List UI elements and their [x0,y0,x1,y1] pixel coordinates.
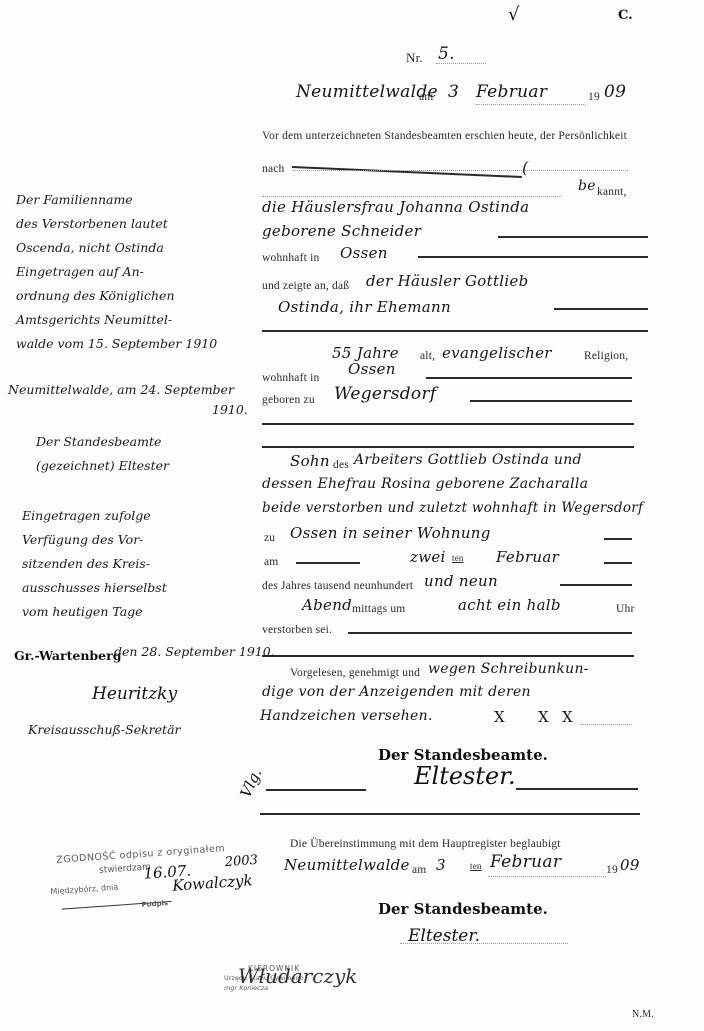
record-number: 5. [438,44,455,64]
death-day: zwei [410,548,446,566]
informant-maiden-name: geborene Schneider [262,222,421,240]
margin-note-1-signer-title: Der Standesbeamte [36,430,161,454]
deceased-wohnhaft-label: wohnhaft in [262,372,319,384]
footer-mark: N.M. [632,1009,654,1020]
margin-note-correction: Der Familienname des Verstorbenen lautet… [16,188,217,356]
stamp-year: 2003 [224,853,258,870]
deceased-relation: Ostinda, ihr Ehemann [278,298,451,316]
certification-stamp: ZGODNOŚĆ odpisu z oryginałem stwierdzam … [38,838,272,924]
religion-label: Religion, [584,350,628,362]
margin-note-1-place-date: Neumittelwalde, am 24. September [8,378,234,402]
am-label: am [264,556,278,568]
wohnhaft-label: wohnhaft in [262,252,319,264]
nach-label: nach [262,163,285,175]
death-year-words: und neun [424,572,498,590]
death-place: Ossen in seiner Wohnung [290,524,491,542]
margin-initials: Vlg. [237,766,266,801]
informant-name: die Häuslersfrau Johanna Ostinda [262,198,529,216]
death-month: Februar [496,548,559,566]
vorgelesen-hand-3: Handzeichen versehen. [260,708,433,724]
cross-mark-3: X [562,708,573,726]
born-label: geboren zu [262,394,315,406]
margin-note-2-place: Gr.-Wartenberg [14,648,121,663]
margin-note-entry: Eingetragen zufolge Verfügung des Vor- s… [22,504,167,624]
date-am-label: am [419,91,433,103]
parents-status: beide verstorben und zuletzt wohnhaft in… [262,500,643,516]
margin-note-line: Der Familienname [16,188,217,212]
margin-note-line: sitzenden des Kreis- [22,552,167,576]
margin-note-line: Amtsgerichts Neumittel- [16,308,217,332]
margin-note-1-signer: (gezeichnet) Eltester [36,454,169,478]
margin-note-line: Eingetragen zufolge [22,504,167,528]
tick-mark: √ [508,4,520,25]
margin-note-line: ausschusses hierselbst [22,576,167,600]
informant-residence: Ossen [340,244,388,262]
certification-year-suffix: 09 [620,856,640,874]
uhr-label: Uhr [616,603,635,615]
form-letter: C. [618,8,633,23]
registry-month: Februar [476,82,547,102]
deceased-residence: Ossen [348,360,396,378]
certification-year-prefix: 19 [606,864,618,876]
zu-label: zu [264,532,275,544]
year-printed: des Jahres tausend neunhundert [262,580,413,592]
parents-son-of: Sohn [290,452,330,470]
certification-am: am [412,864,426,876]
vorgelesen-hand-2: dige von der Anzeigenden mit deren [262,684,531,700]
number-label: Nr. [406,50,423,66]
margin-note-2-signer-title: Kreisausschuß-Sekretär [28,722,181,737]
deceased-religion: evangelischer [442,344,552,362]
time-printed: mittags um [352,603,405,615]
margin-note-line: ordnung des Königlichen [16,284,217,308]
anzeige-text: und zeigte an, daß [262,280,349,292]
father-name: Arbeiters Gottlieb Ostinda und [354,452,582,468]
stamp-podpis: Podpis [141,899,168,909]
registrar-signature: Włudarczyk [238,964,357,988]
margin-note-2-signature: Heuritzky [92,684,177,704]
bekannt-printed: kannt, [597,186,627,198]
margin-note-line: des Verstorbenen lautet [16,212,217,236]
mother-name: dessen Ehefrau Rosina geborene Zacharall… [262,476,588,492]
bekannt-hand: be [578,178,596,194]
margin-note-line: vom heutigen Tage [22,600,167,624]
margin-note-line: walde vom 15. September 1910 [16,332,217,356]
death-time: acht ein halb [458,596,561,614]
margin-note-line: Oscenda, nicht Ostinda [16,236,217,260]
verstorben-label: verstorben sei. [262,624,332,636]
certification-official-title: Der Standesbeamte. [378,900,548,918]
certification-text: Die Übereinstimmung mit dem Hauptregiste… [290,838,561,850]
intro-text: Vor dem unterzeichneten Standesbeamten e… [262,130,627,142]
certification-day: 3 [436,856,446,874]
time-of-day: Abend [302,596,352,614]
certification-day-suffix: ten [470,861,482,871]
margin-note-2-date: den 28. September 1910. [114,644,275,659]
registrar-stamp: KIEROWNIK Urzędu Stanu Cywilnego mgr Kon… [222,958,362,1028]
vorgelesen-printed: Vorgelesen, genehmigt und [290,667,420,679]
margin-note-line: Eingetragen auf An- [16,260,217,284]
cross-mark-1: X [494,708,505,726]
stamp-place: Międzybórz, dnia [50,883,118,897]
birthplace: Wegersdorf [334,384,436,404]
year-prefix: 19 [588,91,600,103]
certification-place: Neumittelwalde [284,856,410,874]
year-suffix: 09 [604,82,626,102]
margin-note-1-year: 1910. [212,398,248,422]
vorgelesen-hand-1: wegen Schreibunkun- [428,661,589,677]
certification-month: Februar [490,852,561,872]
margin-note-line: Verfügung des Vor- [22,528,167,552]
death-day-suffix: ten [452,553,464,563]
registry-place: Neumittelwalde [296,82,438,102]
cross-mark-2: X [538,708,549,726]
official-signature: Eltester. [414,762,516,790]
deceased-name: der Häusler Gottlieb [366,272,529,290]
age-alt-label: alt, [420,350,435,362]
nach-mark: ( [522,158,529,177]
parents-des: des [333,459,349,471]
registry-day: 3 [448,82,459,102]
